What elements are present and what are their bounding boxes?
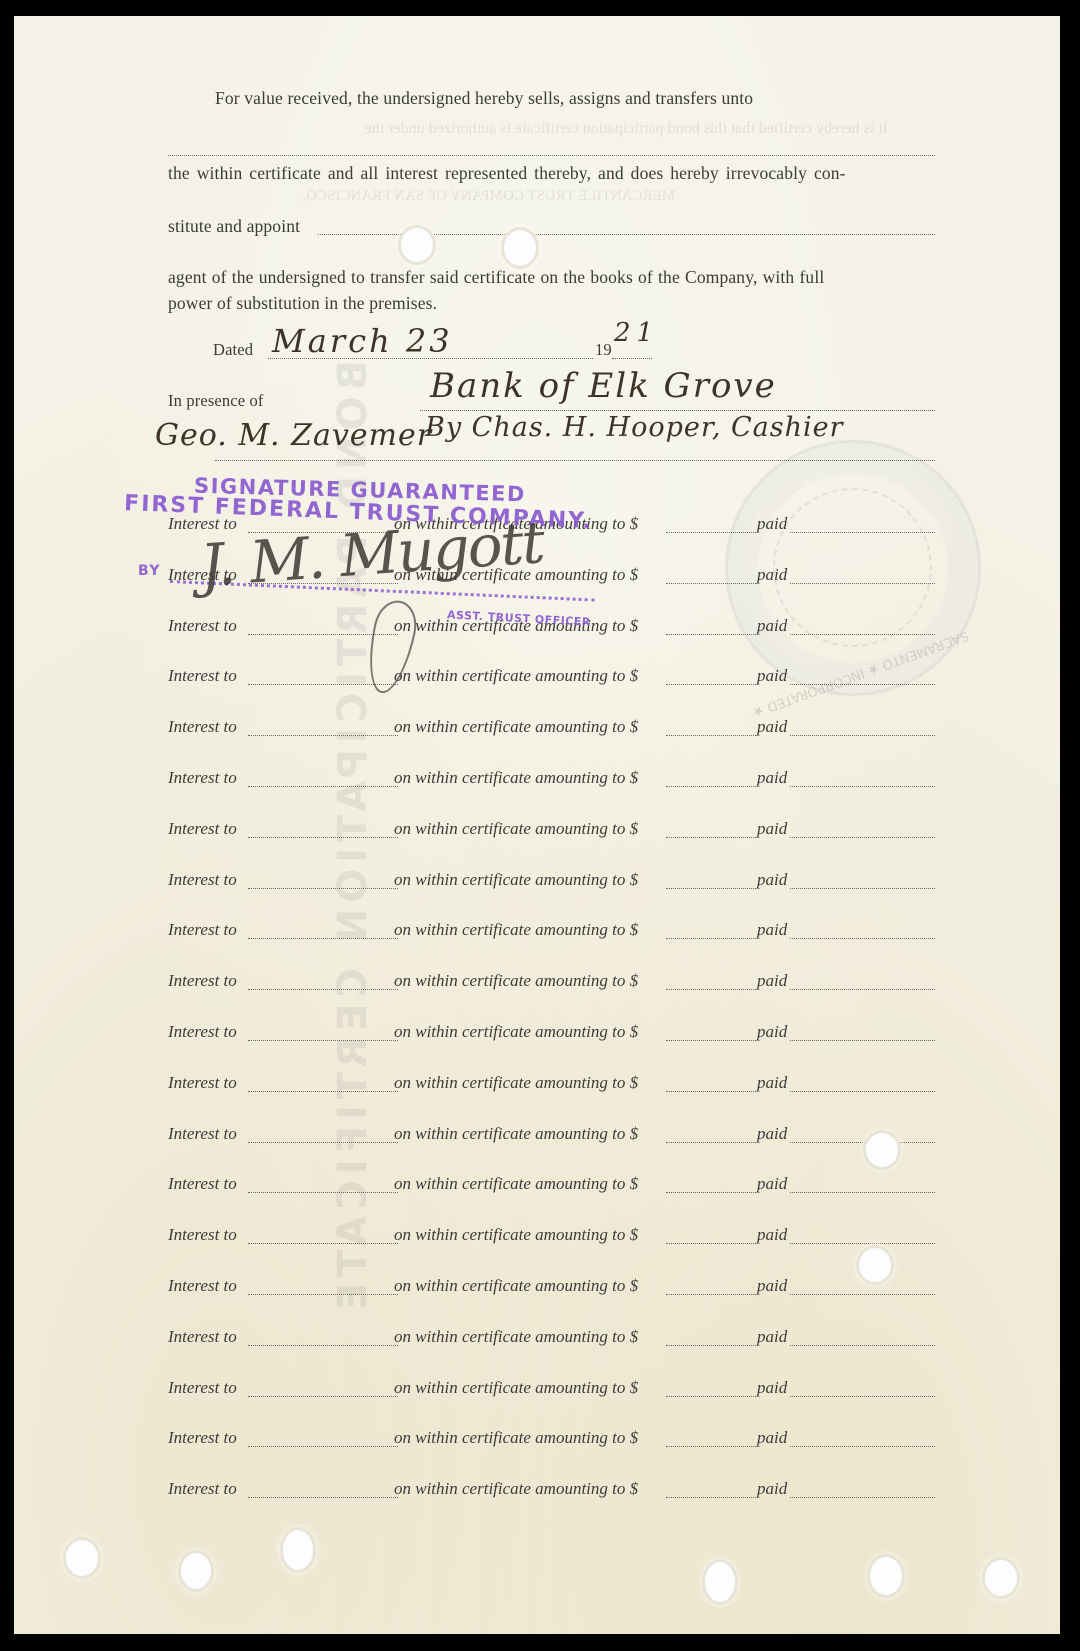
assignor-signature: Bank of Elk Grove	[430, 366, 777, 406]
amount-label: on within certificate amounting to $	[394, 971, 638, 991]
paid-label: paid	[757, 768, 787, 788]
amount-field[interactable]	[666, 1497, 756, 1498]
interest-row: Interest to on within certificate amount…	[168, 971, 948, 995]
handwritten-year: 21	[614, 318, 659, 348]
amount-field[interactable]	[666, 1091, 756, 1092]
interest-to-label: Interest to	[168, 616, 237, 636]
interest-to-label: Interest to	[168, 1378, 237, 1398]
paid-date-field[interactable]	[790, 532, 935, 533]
paid-date-field[interactable]	[790, 1091, 935, 1092]
amount-label: on within certificate amounting to $	[394, 1428, 638, 1448]
amount-field[interactable]	[666, 888, 756, 889]
paid-label: paid	[757, 666, 787, 686]
interest-payee-field[interactable]	[248, 1345, 398, 1346]
paid-date-field[interactable]	[790, 938, 935, 939]
interest-to-label: Interest to	[168, 768, 237, 788]
amount-field[interactable]	[666, 837, 756, 838]
paid-label: paid	[757, 565, 787, 585]
interest-payee-field[interactable]	[248, 938, 398, 939]
amount-field[interactable]	[666, 735, 756, 736]
interest-to-label: Interest to	[168, 666, 237, 686]
interest-payee-field[interactable]	[248, 786, 398, 787]
assignor-signature-line[interactable]	[420, 410, 935, 411]
amount-field[interactable]	[666, 1192, 756, 1193]
interest-row: Interest to on within certificate amount…	[168, 1378, 948, 1402]
amount-label: on within certificate amounting to $	[394, 768, 638, 788]
dated-label: Dated	[213, 340, 253, 360]
amount-label: on within certificate amounting to $	[394, 1378, 638, 1398]
paid-label: paid	[757, 616, 787, 636]
interest-row: Interest to on within certificate amount…	[168, 819, 948, 843]
interest-payee-field[interactable]	[248, 1040, 398, 1041]
punch-hole	[859, 1248, 891, 1282]
amount-field[interactable]	[666, 1396, 756, 1397]
amount-label: on within certificate amounting to $	[394, 920, 638, 940]
paid-label: paid	[757, 920, 787, 940]
amount-label: on within certificate amounting to $	[394, 1022, 638, 1042]
punch-hole	[283, 1530, 313, 1570]
amount-label: on within certificate amounting to $	[394, 1225, 638, 1245]
handwritten-date: March 23	[272, 322, 453, 360]
amount-label: on within certificate amounting to $	[394, 1327, 638, 1347]
paid-label: paid	[757, 717, 787, 737]
assignment-line-1: For value received, the undersigned here…	[215, 88, 753, 109]
interest-row: Interest to on within certificate amount…	[168, 717, 948, 741]
paid-label: paid	[757, 1327, 787, 1347]
interest-payee-field[interactable]	[248, 989, 398, 990]
paid-label: paid	[757, 1124, 787, 1144]
interest-row: Interest to on within certificate amount…	[168, 1327, 948, 1351]
interest-payee-field[interactable]	[248, 1192, 398, 1193]
paid-label: paid	[757, 819, 787, 839]
interest-payee-field[interactable]	[248, 1396, 398, 1397]
paid-date-field[interactable]	[790, 1142, 935, 1143]
interest-row: Interest to on within certificate amount…	[168, 666, 948, 690]
interest-payee-field[interactable]	[248, 1497, 398, 1498]
ghost-print-line: It is hereby certified that this bond pa…	[365, 120, 888, 138]
ghost-print-company: MERCANTILE TRUST COMPANY OF SAN FRANCISC…	[302, 188, 675, 205]
stamp-by-label: BY	[138, 563, 161, 579]
paid-date-field[interactable]	[790, 1497, 935, 1498]
interest-to-label: Interest to	[168, 971, 237, 991]
amount-label: on within certificate amounting to $	[394, 819, 638, 839]
paid-label: paid	[757, 1022, 787, 1042]
amount-field[interactable]	[666, 938, 756, 939]
interest-row: Interest to on within certificate amount…	[168, 1479, 948, 1503]
year-field[interactable]	[612, 358, 652, 359]
paid-date-field[interactable]	[790, 634, 935, 635]
punch-hole	[866, 1133, 898, 1167]
amount-label: on within certificate amounting to $	[394, 666, 638, 686]
interest-row: Interest to on within certificate amount…	[168, 870, 948, 894]
paid-date-field[interactable]	[790, 1396, 935, 1397]
paid-label: paid	[757, 1378, 787, 1398]
interest-payee-field[interactable]	[248, 1142, 398, 1143]
interest-to-label: Interest to	[168, 1428, 237, 1448]
paid-date-field[interactable]	[790, 989, 935, 990]
assignor-by-signature: By Chas. H. Hooper, Cashier	[425, 412, 844, 443]
assignee-name-field[interactable]	[168, 155, 935, 156]
interest-payee-field[interactable]	[248, 1243, 398, 1244]
punch-hole	[985, 1560, 1017, 1596]
paid-label: paid	[757, 1174, 787, 1194]
paid-date-field[interactable]	[790, 888, 935, 889]
interest-payee-field[interactable]	[248, 888, 398, 889]
paid-label: paid	[757, 971, 787, 991]
paid-date-field[interactable]	[790, 684, 935, 685]
punch-hole	[705, 1562, 735, 1602]
assignment-line-2: the within certificate and all interest …	[168, 163, 846, 184]
paid-date-field[interactable]	[790, 786, 935, 787]
interest-payee-field[interactable]	[248, 735, 398, 736]
interest-to-label: Interest to	[168, 717, 237, 737]
interest-payee-field[interactable]	[248, 1091, 398, 1092]
amount-field[interactable]	[666, 634, 756, 635]
witness-signature-line[interactable]	[215, 460, 935, 461]
paid-label: paid	[757, 1276, 787, 1296]
amount-field[interactable]	[666, 532, 756, 533]
interest-to-label: Interest to	[168, 1174, 237, 1194]
paid-date-field[interactable]	[790, 1243, 935, 1244]
amount-field[interactable]	[666, 1142, 756, 1143]
paid-date-field[interactable]	[790, 1446, 935, 1447]
assignment-line-4: agent of the undersigned to transfer sai…	[168, 267, 824, 288]
year-prefix: 19	[595, 340, 612, 360]
paid-label: paid	[757, 1073, 787, 1093]
interest-to-label: Interest to	[168, 1327, 237, 1347]
amount-label: on within certificate amounting to $	[394, 1479, 638, 1499]
interest-payee-field[interactable]	[248, 837, 398, 838]
amount-label: on within certificate amounting to $	[394, 1276, 638, 1296]
interest-to-label: Interest to	[168, 1022, 237, 1042]
amount-field[interactable]	[666, 786, 756, 787]
amount-field[interactable]	[666, 989, 756, 990]
interest-to-label: Interest to	[168, 1479, 237, 1499]
interest-payee-field[interactable]	[248, 1446, 398, 1447]
interest-row: Interest to on within certificate amount…	[168, 1174, 948, 1198]
presence-label: In presence of	[168, 391, 264, 411]
interest-row: Interest to on within certificate amount…	[168, 1276, 948, 1300]
paid-label: paid	[757, 514, 787, 534]
paid-label: paid	[757, 1428, 787, 1448]
interest-row: Interest to on within certificate amount…	[168, 1428, 948, 1452]
paid-date-field[interactable]	[790, 735, 935, 736]
interest-row: Interest to on within certificate amount…	[168, 1124, 948, 1148]
amount-label: on within certificate amounting to $	[394, 870, 638, 890]
interest-row: Interest to on within certificate amount…	[168, 1225, 948, 1249]
interest-to-label: Interest to	[168, 1276, 237, 1296]
amount-label: on within certificate amounting to $	[394, 1073, 638, 1093]
interest-row: Interest to on within certificate amount…	[168, 1022, 948, 1046]
interest-to-label: Interest to	[168, 819, 237, 839]
amount-field[interactable]	[666, 1446, 756, 1447]
interest-payee-field[interactable]	[248, 1294, 398, 1295]
punch-hole	[401, 228, 433, 262]
interest-to-label: Interest to	[168, 1124, 237, 1144]
paid-date-field[interactable]	[790, 1040, 935, 1041]
interest-row: Interest to on within certificate amount…	[168, 920, 948, 944]
amount-field[interactable]	[666, 583, 756, 584]
interest-to-label: Interest to	[168, 1225, 237, 1245]
interest-row: Interest to on within certificate amount…	[168, 1073, 948, 1097]
paid-date-field[interactable]	[790, 1192, 935, 1193]
paid-label: paid	[757, 1225, 787, 1245]
punch-hole	[66, 1540, 98, 1576]
amount-field[interactable]	[666, 684, 756, 685]
witness-signature: Geo. M. Zavemer	[155, 418, 432, 453]
paid-label: paid	[757, 870, 787, 890]
paid-date-field[interactable]	[790, 1345, 935, 1346]
assignment-line-3-label: stitute and appoint	[168, 216, 300, 237]
interest-to-label: Interest to	[168, 1073, 237, 1093]
paid-date-field[interactable]	[790, 837, 935, 838]
punch-hole	[504, 230, 536, 266]
interest-to-label: Interest to	[168, 870, 237, 890]
interest-row: Interest to on within certificate amount…	[168, 768, 948, 792]
amount-label: on within certificate amounting to $	[394, 1124, 638, 1144]
paid-date-field[interactable]	[790, 583, 935, 584]
interest-to-label: Interest to	[168, 920, 237, 940]
amount-field[interactable]	[666, 1243, 756, 1244]
amount-field[interactable]	[666, 1294, 756, 1295]
amount-label: on within certificate amounting to $	[394, 717, 638, 737]
amount-label: on within certificate amounting to $	[394, 1174, 638, 1194]
amount-field[interactable]	[666, 1040, 756, 1041]
punch-hole	[870, 1557, 902, 1595]
paid-date-field[interactable]	[790, 1294, 935, 1295]
amount-field[interactable]	[666, 1345, 756, 1346]
assignment-line-5: power of substitution in the premises.	[168, 293, 437, 314]
paid-label: paid	[757, 1479, 787, 1499]
punch-hole	[181, 1553, 211, 1589]
